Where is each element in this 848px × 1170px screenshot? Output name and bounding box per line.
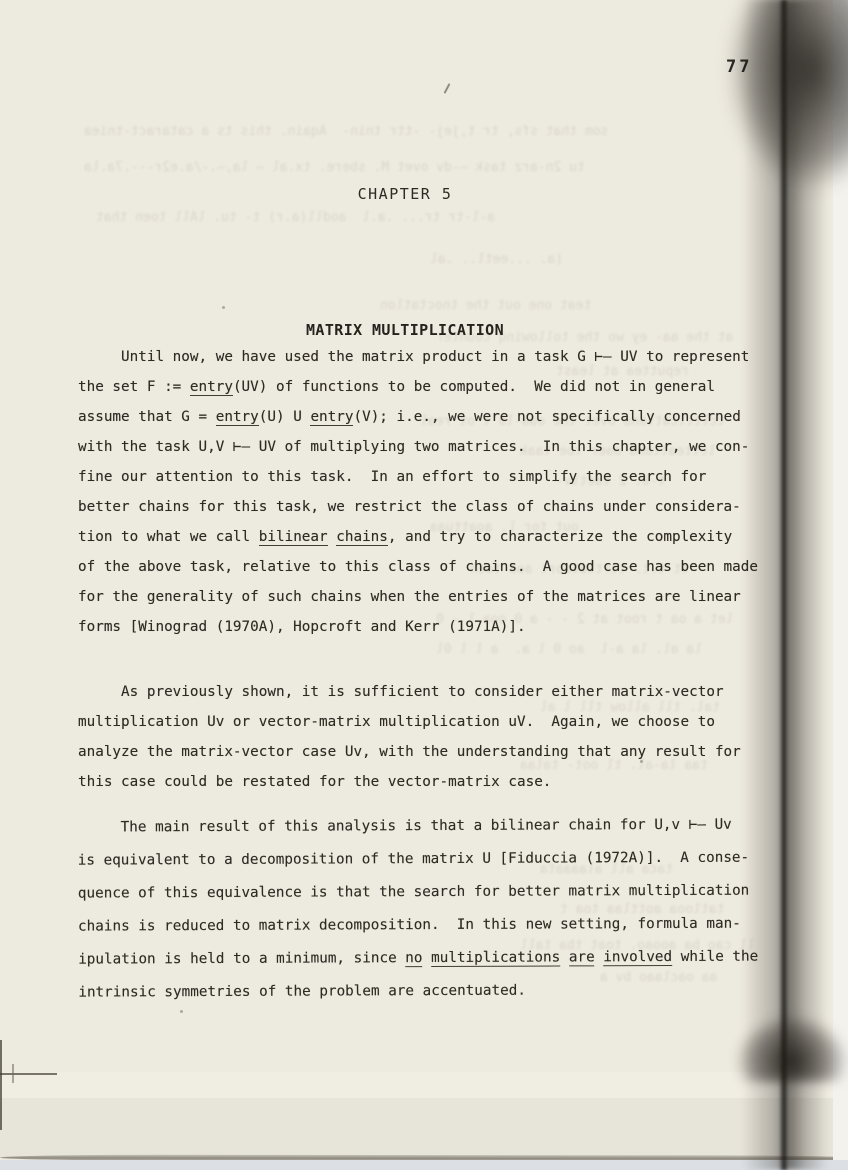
ink-speck (180, 1010, 183, 1013)
left-edge-shadow (0, 1040, 2, 1130)
underlined-text: are (569, 949, 595, 966)
text-line: The main result of this analysis is that… (78, 816, 798, 852)
text-line: chains is reduced to matrix decompositio… (78, 915, 798, 951)
scanned-page: som that sfs, tr t,jej- -ttr tnin- Aqain… (0, 0, 848, 1170)
text-line: of the above task, relative to this clas… (78, 559, 798, 589)
body-text-column: Until now, we have used the matrix produ… (78, 0, 798, 1100)
text-line: analyze the matrix-vector case Uv, with … (78, 744, 798, 774)
paper-band-lower (0, 1098, 848, 1157)
underlined-text: entry (310, 409, 353, 426)
paragraph-1: Until now, we have used the matrix produ… (78, 349, 798, 649)
text-line: assume that G = entry(U) U entry(V); i.e… (78, 409, 798, 439)
margin-tick (12, 1064, 14, 1083)
text-line: tion to what we call bilinear chains, an… (78, 529, 798, 559)
text-line: ipulation is held to a minimum, since no… (78, 948, 798, 984)
paragraph-2: As previously shown, it is sufficient to… (78, 684, 798, 804)
binding-shadow-top-blob (706, 0, 848, 240)
text-line: the set F := entry(UV) of functions to b… (78, 379, 798, 409)
underlined-text: multiplications (431, 949, 560, 967)
text-line: better chains for this task, we restrict… (78, 499, 798, 529)
text-line: multiplication Uv or vector-matrix multi… (78, 714, 798, 744)
underlined-text: entry (216, 409, 259, 426)
text-line: forms [Winograd (1970A), Hopcroft and Ke… (78, 619, 798, 649)
text-line: fine our attention to this task. In an e… (78, 469, 798, 499)
text-line: this case could be restated for the vect… (78, 774, 798, 804)
underlined-text: involved (603, 949, 672, 966)
text-line: Until now, we have used the matrix produ… (78, 349, 798, 379)
ink-speck (640, 760, 643, 763)
underlined-text: bilinear (259, 529, 328, 546)
text-line: for the generality of such chains when t… (78, 589, 798, 619)
paragraph-3: The main result of this analysis is that… (78, 816, 799, 1017)
underlined-text: entry (190, 379, 233, 396)
underlined-text: no (405, 950, 422, 967)
binding-shadow-bottom-flare (726, 966, 848, 1082)
text-line: is equivalent to a decomposition of the … (78, 849, 798, 885)
text-line: with the task U,V ⊢— UV of multiplying t… (78, 439, 798, 469)
underlined-text: chains (336, 529, 388, 546)
text-line: As previously shown, it is sufficient to… (78, 684, 798, 714)
ink-speck (222, 306, 225, 309)
scanner-background (0, 1160, 848, 1170)
text-line: intrinsic symmetries of the problem are … (78, 981, 798, 1017)
margin-line (0, 1073, 57, 1075)
text-line: quence of this equivalence is that the s… (78, 882, 798, 918)
